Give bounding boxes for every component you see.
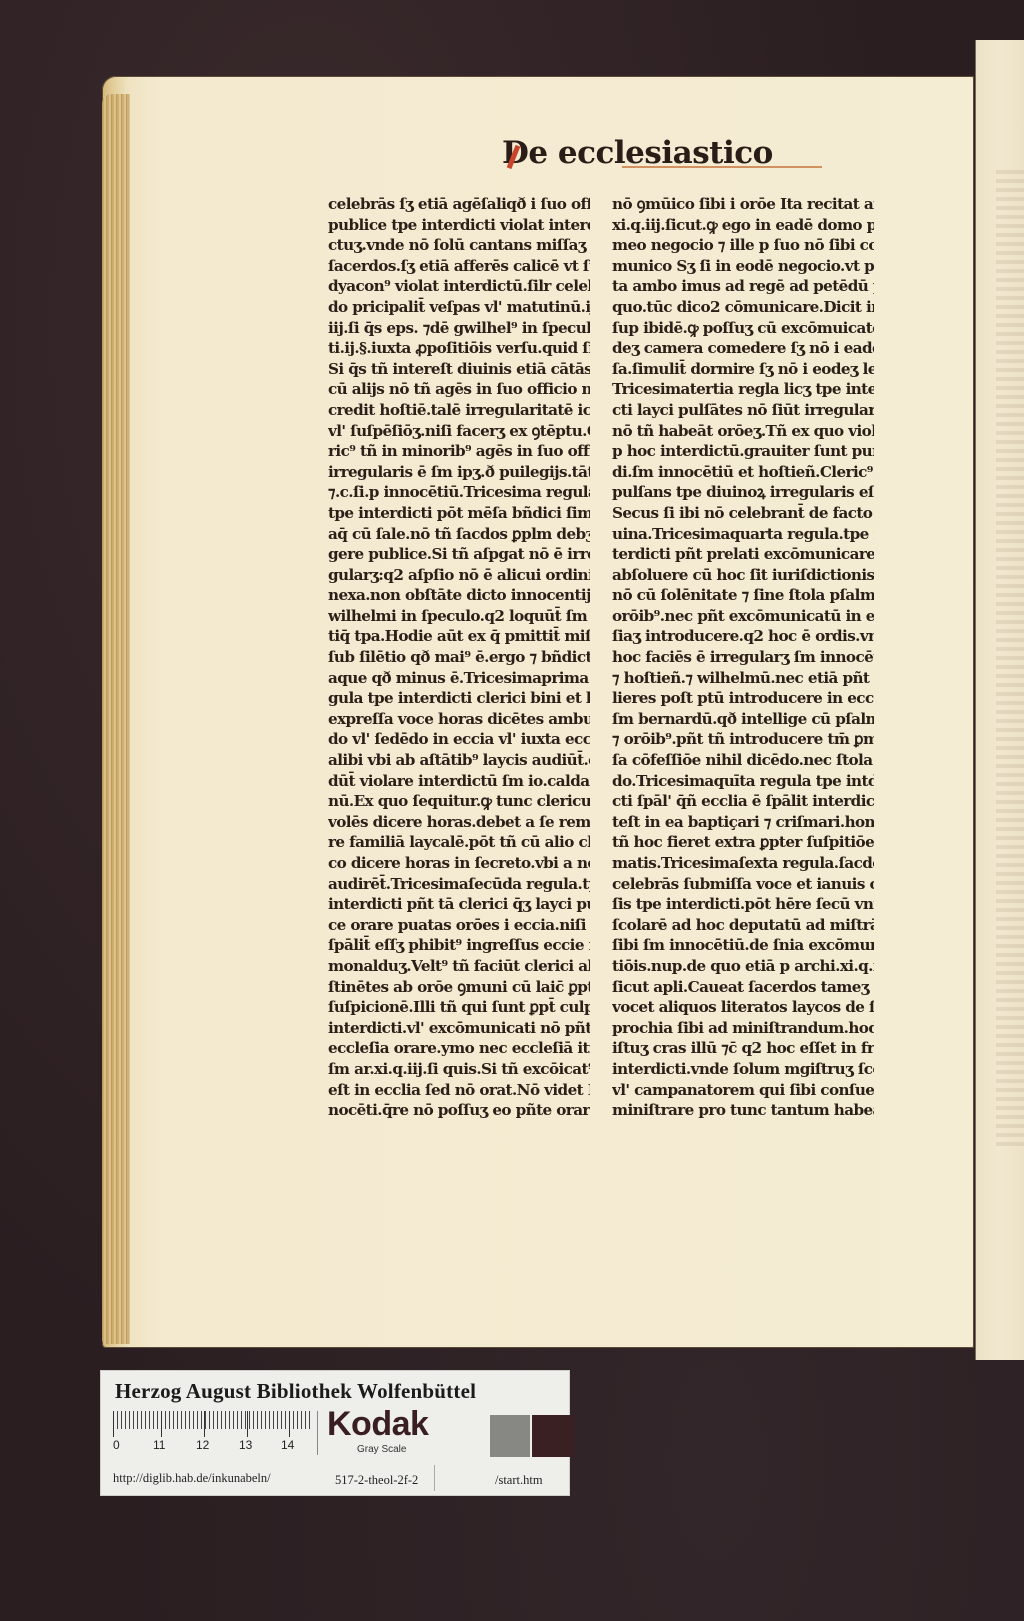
text-line: hoc faciēs ē irregularʒ ſm innocētiuʒ [612,647,874,668]
text-line: eccleſia orare.ymo nec eccleſiā itrare [328,1038,590,1059]
library-name: Herzog August Bibliothek Wolfenbüttel [115,1379,565,1404]
text-line: ti.ij.§.iuxta ꝓpoſitiōis verſu.quid ſi. [328,338,590,359]
text-line: orōib⁹.nec pñt excōmunicatū in eccle [612,606,874,627]
kodak-logo: Kodak [327,1405,428,1444]
text-line: ric⁹ tñ in minorib⁹ agēs in ſuo officio [328,441,590,462]
text-line: uina.Tricesimaquarta regula.tpe in [612,524,874,545]
text-line: nō tñ habeāt orōeʒ.Tñ ex quo violāt [612,421,874,442]
text-line: audirēt̄.Tricesimaſecūda regula.tpe [328,874,590,895]
text-line: Tricesimatertia regla licʒ tpe interdi [612,379,874,400]
text-line: tpe interdicti pōt mēſa bñdici ſimilit̄ [328,503,590,524]
facing-page-edge [975,40,1024,1360]
text-line: terdicti pñt prelati excōmunicare et [612,544,874,565]
text-line: xi.q.iij.ſicut.ꝙ ego in eadē domo pro [612,215,874,236]
gray-scale-caption: Gray Scale [357,1444,406,1455]
ruler-major-tick [204,1411,205,1437]
gray-swatch [490,1415,530,1457]
text-line: dyacon⁹ violat interdictū.ſilr celebrā [328,276,590,297]
text-line: ⁊ orōib⁹.pñt tñ introducere tm̄ ꝑmiſ [612,729,874,750]
text-line: co dicere horas in ſecreto.vbi a neie [328,853,590,874]
text-line: lieres poſt ptū introducere in eccl'am [612,688,874,709]
text-line: di.ſm innocētiū et hoſtieñ.Cleric⁹ tñ [612,462,874,483]
text-line: p hoc interdictū.grauiter ſunt punie [612,441,874,462]
library-url: http://diglib.hab.de/inkunabeln/ [113,1471,271,1486]
text-line: ſcolarē ad hoc deputatū ad miſtrāduʒ [612,915,874,936]
text-line: tñ hoc fieret extra ꝑpter ſuſpitiōeʒ cri… [612,832,874,853]
text-line: nexa.non obſtāte dicto innocentij et [328,585,590,606]
text-line: do.Tricesimaquīta regula tpe intdi [612,771,874,792]
text-column-right: nō ꝯmūico ſibi i orōe Ita recitat arh.xi… [612,194,874,1121]
text-line: do vl' ſedēdo in eccia vl' iuxta ecciaʒ.… [328,729,590,750]
text-line: ta ambo imus ad regē ad petēdū p ali [612,276,874,297]
ruler-ticks [113,1411,313,1429]
running-head: De ecclesiastico [502,131,832,175]
text-line: ctuʒ.vnde nō ſolū cantans miſſaʒ vt [328,235,590,256]
text-line: celebrās ſubmiſſa voce et ianuis clau [612,874,874,895]
text-line: interdicti pñt tā clerici q̄ʒ layci publ… [328,894,590,915]
text-line: matis.Tricesimaſexta regula.ſacdos [612,853,874,874]
text-line: gere publice.Si tñ aſpgat nō ē irre [328,544,590,565]
text-line: vocet aliquos literatos laycos de ſua [612,997,874,1018]
text-line: vl' campanatorem qui ſibi conſueuit [612,1080,874,1101]
text-line: abſoluere cū hoc ſit iuriſdictionis ſed [612,565,874,586]
text-line: expreſſa voce horas dicētes ambulan [328,709,590,730]
text-line: do pricipalit̄ veſpas vl' matutinū.ij.q [328,297,590,318]
text-line: ſibi ſm innocētiū.de ſnia excōmunica [612,935,874,956]
shelfmark: 517-2-theol-2f-2 [335,1473,418,1488]
text-line: ſup ibidē.ꝙ poſſuʒ cū excōmuicato i ea [612,318,874,339]
text-line: nō cū ſolēnitate ⁊ ſine ſtola pſalmis ⁊ [612,585,874,606]
text-line: munico Sʒ ſi in eodē negocio.vt pu [612,256,874,277]
bleed-through-text [996,170,1024,1150]
text-line: cti layci pulſātes nō ſiūt irregulares [612,400,874,421]
text-line: ſpālit̄ eſſʒ phibit⁹ ingreſſus eccie ſm [328,935,590,956]
text-line: ſub ſilētio qð mai⁹ ē.ergo ⁊ bñdictio [328,647,590,668]
text-line: tiōis.nup.de quo etiā p archi.xi.q.iij [612,956,874,977]
page-fore-edge [102,94,130,1344]
text-line: ſuſpicionē.Illi tñ qui ſunt ꝑpt̄ culpā [328,997,590,1018]
ruler-number: 13 [239,1438,252,1452]
library-color-target-label: Herzog August Bibliothek Wolfenbüttel 0 … [100,1370,570,1496]
ruler-major-tick [161,1411,162,1437]
text-line: iij.ſi q̄s eps. ⁊dē gwilhel⁹ in ſpeculo [328,318,590,339]
text-line: prochia ſibi ad miniſtrandum.hodie [612,1018,874,1039]
text-line: irregularis ē ſm ipʒ.ð puilegijs.tāta [328,462,590,483]
ruler-number: 14 [281,1438,294,1452]
text-line: gularʒ:q2 aſpſio nō ē alicui ordini an [328,565,590,586]
text-line: meo negocio ⁊ ille p ſuo nō ſibi com [612,235,874,256]
ruler-number: 0 [113,1438,120,1452]
text-line: deʒ camera comedere ſʒ nō i eadē mē [612,338,874,359]
text-line: ſm ar.xi.q.iij.ſi quis.Si tñ excōicat⁹ [328,1059,590,1080]
text-line: monalduʒ.Velt⁹ tñ faciūt clerici ab [328,956,590,977]
text-line: Secus ſi ibi nō celebrant̄ de facto di [612,503,874,524]
text-line: ſa cōfeſſiōe nihil dicēdo.nec ſtola vtē [612,750,874,771]
text-line: gula tpe interdicti clerici bini et bini [328,688,590,709]
text-line: Si q̄s tñ intereſt diuinis etiā cātās [328,359,590,380]
text-line: vl' ſuſpēſiōʒ.niſi facerʒ ex ꝯtēptu.Cle [328,421,590,442]
book-page: De ecclesiastico celebrās ſʒ etiā agēſal… [102,76,974,1348]
running-head-underline [622,166,822,168]
text-line: re familiā laycalē.pōt tñ cū alio cleri [328,832,590,853]
text-line: ſiaʒ introducere.q2 hoc ē ordis.vnde [612,626,874,647]
text-line: ſicut apli.Caueat ſacerdos tameʒ ne [612,977,874,998]
ruler-number: 12 [196,1438,209,1452]
ruler-major-tick [247,1411,248,1437]
text-line: nō ꝯmūico ſibi i orōe Ita recitat arh. [612,194,874,215]
label-footer: http://diglib.hab.de/inkunabeln/ 517-2-t… [101,1465,569,1495]
text-line: ſa.ſimulit̄ dormire ſʒ nō i eodeʒ lecto. [612,359,874,380]
text-line: iſtuʒ cras illū ⁊c̄ q2 hoc eſſet in frau… [612,1038,874,1059]
text-line: quo.tūc dico2 cōmunicare.Dicit in [612,297,874,318]
text-line: interdicti.vnde ſolum mgiſtruʒ ſcole [612,1059,874,1080]
text-line: alibi vbi ab aſtātib⁹ laycis audiūt̄.cre [328,750,590,771]
text-line: ſm bernardū.qð intellige cū pſalmiſ [612,709,874,730]
ruler-major-tick [113,1411,114,1437]
text-line: teſt in ea baptiçari ⁊ criſmari.honeſti⁹ [612,812,874,833]
text-line: aq̄ cū ſale.nō tñ ſacdos ꝑplm debʒ aſp [328,524,590,545]
text-line: nocēti.q̄re nō poſſuʒ eo pñte orare.cū [328,1100,590,1121]
text-line: ⁊.c.ſi.p innocētiū.Tricesima regula [328,482,590,503]
text-line: cti ſpāl' q̄ñ ecclia ē ſpālit interdicta… [612,791,874,812]
text-line: aque qð minus ē.Tricesimaprima re [328,668,590,689]
text-line: ⁊ hoſtieñ.⁊ wilhelmū.nec etiā pñt mu [612,668,874,689]
text-line: ſtinētes ab orōe ꝯmuni cū laic̄ ꝑpter [328,977,590,998]
text-line: pulſans tpe diuinoꝝ irregularis eſt. [612,482,874,503]
ruler-divider [317,1411,318,1455]
text-line: wilhelmi in ſpeculo.q2 loquūt̄ ſm an [328,606,590,627]
text-line: publice tpe interdicti violat interdi [328,215,590,236]
text-column-left: celebrās ſʒ etiā agēſaliqð i ſuo officōp… [328,194,590,1121]
url-suffix: /start.htm [495,1473,543,1488]
footer-divider [434,1465,435,1491]
text-line: eſt in ecclia ſed nō orat.Nō videt In [328,1080,590,1101]
text-line: interdicti.vl' excōmunicati nō pñt in [328,1018,590,1039]
text-line: celebrās ſʒ etiā agēſaliqð i ſuo officō [328,194,590,215]
text-line: volēs dicere horas.debet a ſe remoue [328,812,590,833]
ruler-major-tick [289,1411,290,1437]
text-line: tiq̄ tpa.Hodie aūt ex q̄ pmittit̄ miſſa [328,626,590,647]
text-line: nū.Ex quo ſequitur.ꝙ tunc clericus [328,791,590,812]
text-line: ce orare puatas orōes i eccia.niſi ipis [328,915,590,936]
text-line: cū alijs nō tñ agēs in ſuo officio non [328,379,590,400]
ruler-number: 11 [153,1438,165,1452]
text-line: dūt̄ violare interdictū ſm io.caldari [328,771,590,792]
rubricated-initial: D [502,135,528,171]
text-line: ſacerdos.ſʒ etiā afferēs calicē vt ſub [328,256,590,277]
text-line: ſis tpe interdicti.pōt hēre ſecū vnuʒ [612,894,874,915]
text-line: credit hoſtiē.talē irregularitatē icuret [328,400,590,421]
text-line: miniſtrare pro tunc tantum habeat [612,1100,874,1121]
dark-swatch [532,1415,574,1457]
ruler-scale: 0 11 12 13 14 [113,1411,313,1455]
